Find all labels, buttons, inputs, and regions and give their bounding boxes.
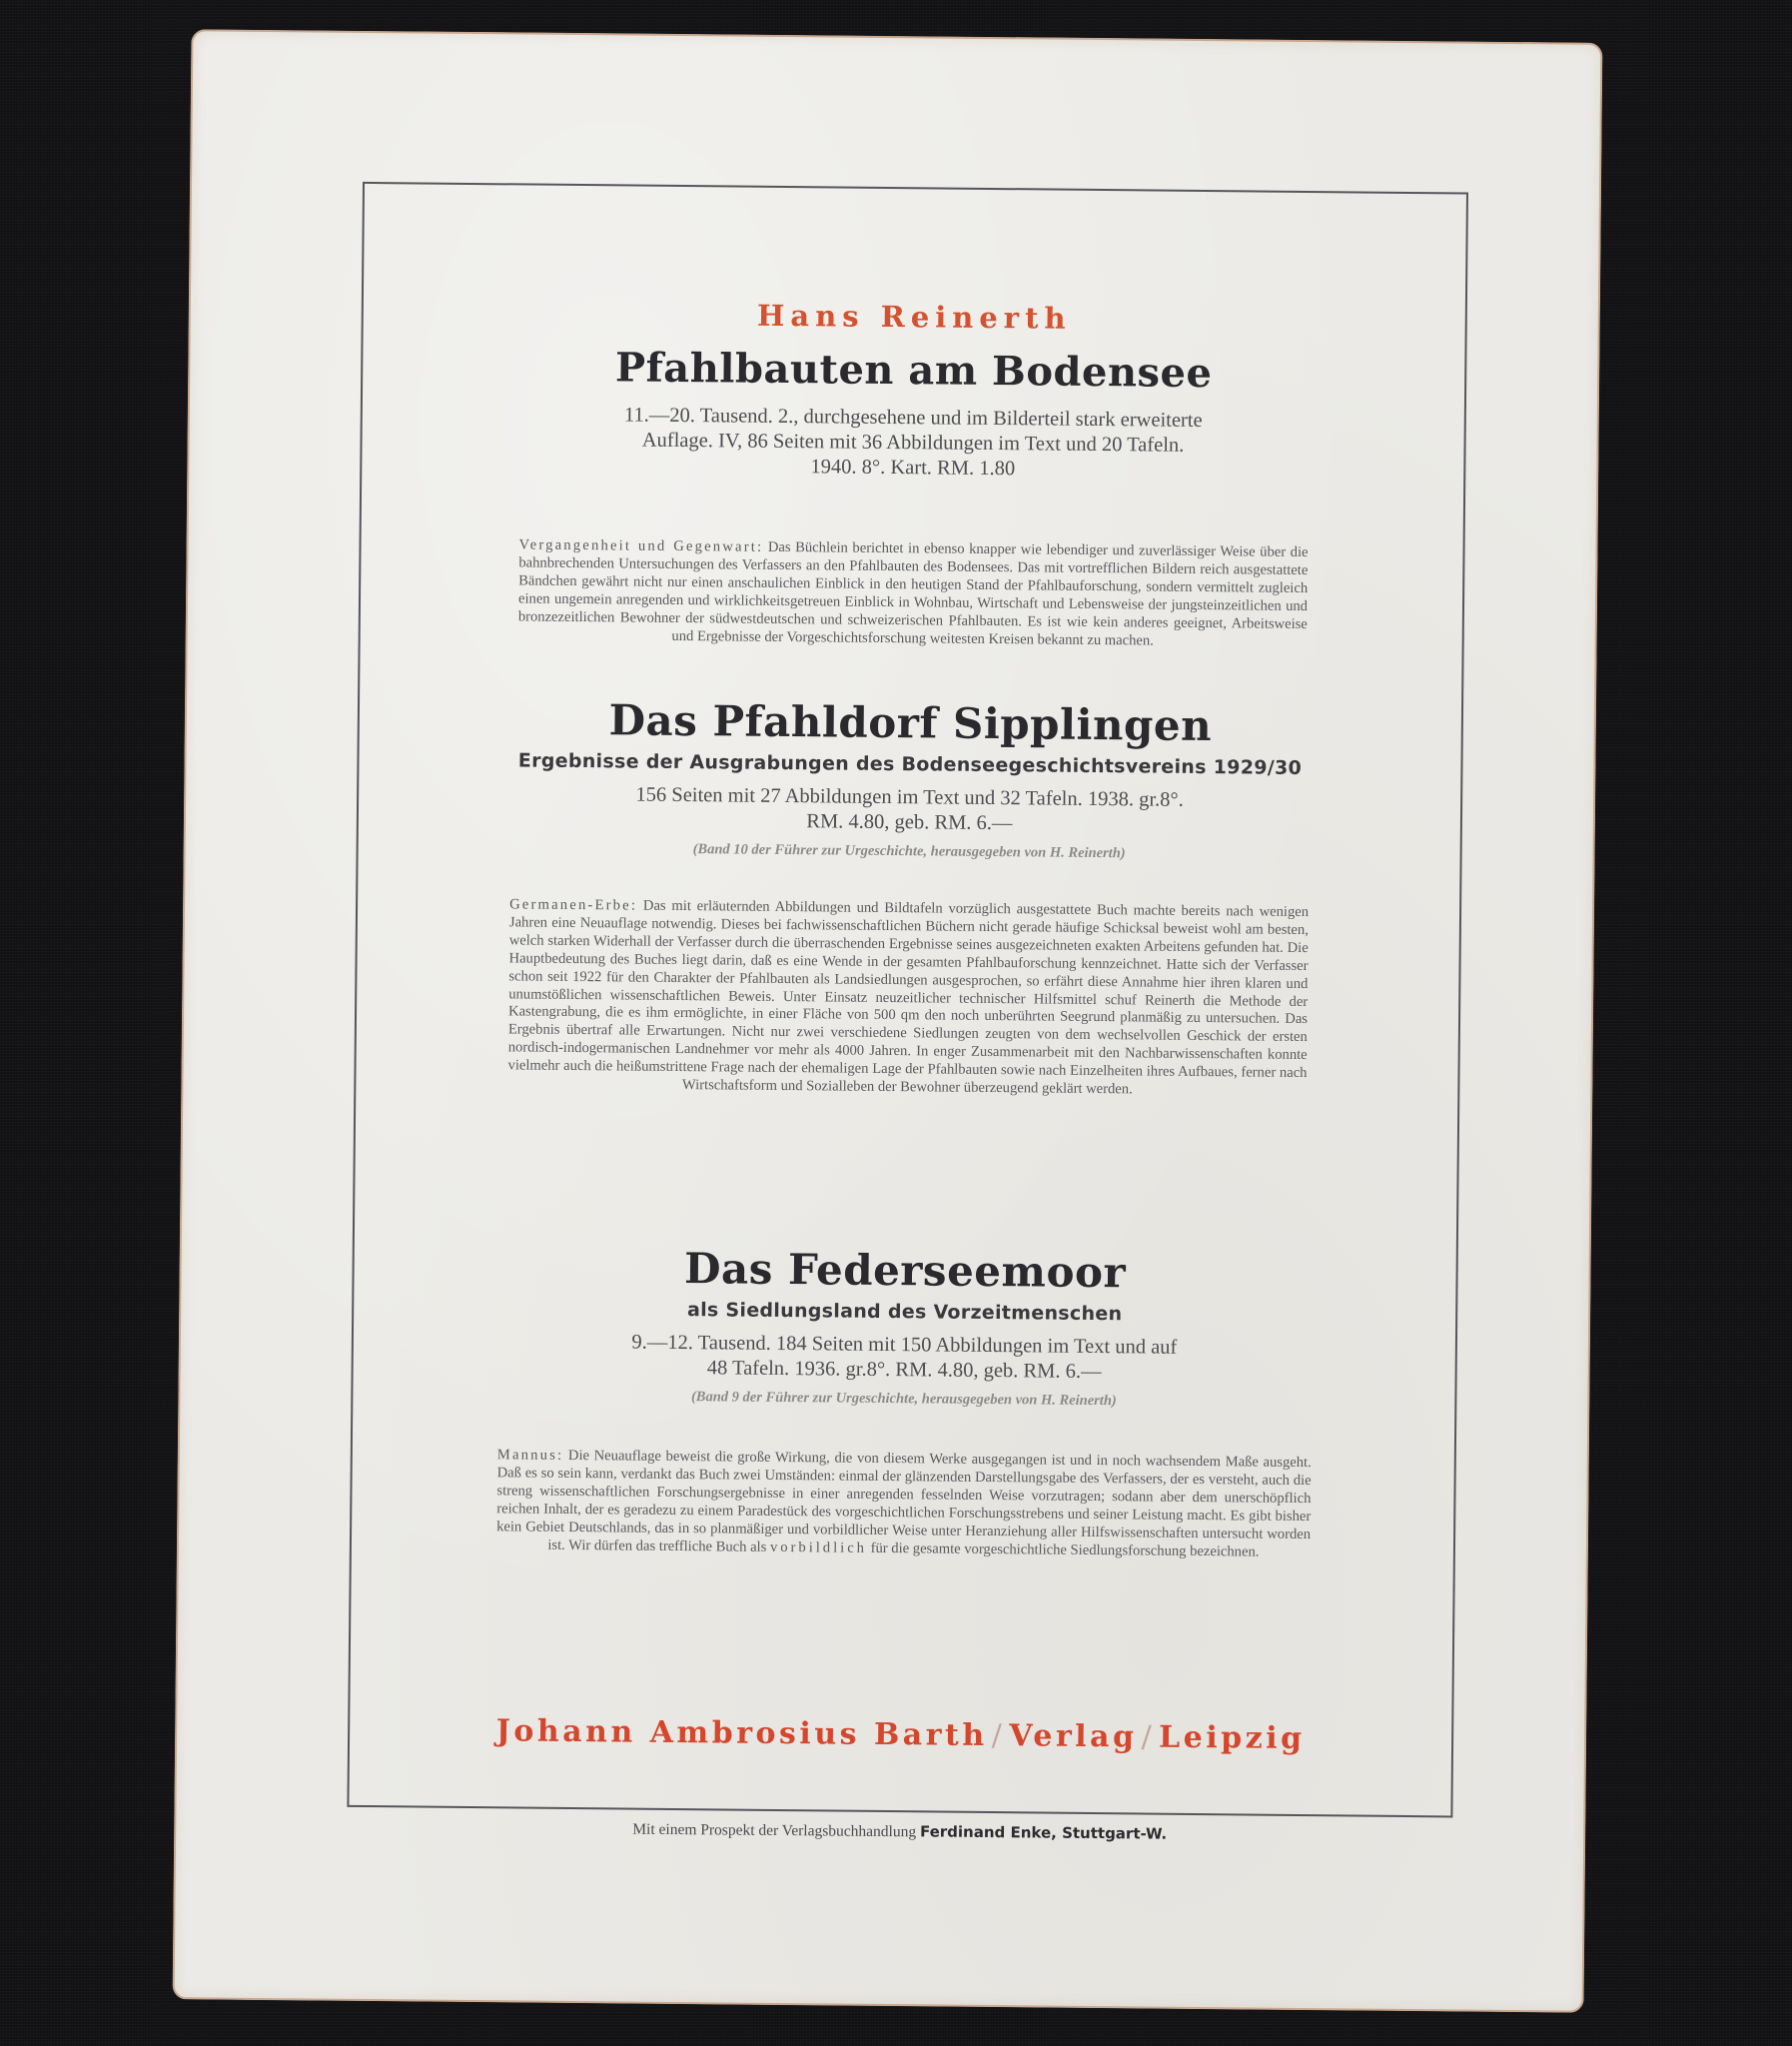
footer-prefix: Mit einem Prospekt der Verlagsbuchhandlu… bbox=[632, 1821, 916, 1841]
author-name: Hans Reinerth bbox=[364, 295, 1465, 340]
book-review: Germanen-Erbe: Das mit erläuternden Abbi… bbox=[507, 896, 1309, 1101]
series-note: (Band 9 der Führer zur Urgeschichte, her… bbox=[353, 1386, 1454, 1414]
content-frame: Hans Reinerth Pfahlbauten am Bodensee 11… bbox=[347, 182, 1468, 1818]
review-source: Vergangenheit und Gegenwart: bbox=[518, 536, 763, 554]
book-title: Das Pfahldorf Sipplingen bbox=[360, 693, 1461, 753]
review-text: Das mit erläuternden Abbildungen und Bil… bbox=[507, 898, 1309, 1098]
separator: / bbox=[1137, 1719, 1159, 1754]
book-subtitle: als Siedlungsland des Vorzeitmenschen bbox=[354, 1296, 1455, 1329]
book-review: Vergangenheit und Gegenwart: Das Büchlei… bbox=[518, 536, 1309, 651]
book-meta: 11.—20. Tausend. 2., durchgesehene und i… bbox=[362, 401, 1464, 487]
book-title: Pfahlbauten am Bodensee bbox=[363, 342, 1464, 400]
book-title: Das Federseemoor bbox=[354, 1241, 1455, 1301]
book-review: Mannus: Die Neuauflage beweist die große… bbox=[496, 1447, 1312, 1561]
separator: / bbox=[988, 1718, 1010, 1753]
footer-company: Ferdinand Enke, Stuttgart-W. bbox=[920, 1822, 1167, 1842]
review-text: für die gesamte vorgeschichtliche Siedlu… bbox=[871, 1539, 1260, 1559]
review-emphasis: vorbildlich bbox=[770, 1538, 867, 1555]
publisher-imprint: Johann Ambrosius Barth/Verlag/Leipzig bbox=[350, 1712, 1451, 1758]
publisher-city: Leipzig bbox=[1159, 1720, 1306, 1756]
book-entry-sipplingen: Das Pfahldorf Sipplingen Ergebnisse der … bbox=[359, 693, 1462, 866]
book-meta: 156 Seiten mit 27 Abbildungen im Text un… bbox=[359, 780, 1460, 841]
book-meta: 9.—12. Tausend. 184 Seiten mit 150 Abbil… bbox=[354, 1328, 1455, 1389]
book-subtitle: Ergebnisse der Ausgrabungen des Bodensee… bbox=[359, 748, 1460, 781]
publisher-name: Johann Ambrosius Barth bbox=[496, 1713, 988, 1753]
footer-note: Mit einem Prospekt der Verlagsbuchhandlu… bbox=[347, 1817, 1452, 1847]
review-source: Germanen-Erbe: bbox=[509, 896, 637, 913]
book-entry-pfahlbauten: Pfahlbauten am Bodensee 11.—20. Tausend.… bbox=[362, 342, 1464, 487]
book-back-cover: Hans Reinerth Pfahlbauten am Bodensee 11… bbox=[173, 29, 1603, 2012]
publisher-type: Verlag bbox=[1009, 1718, 1138, 1754]
book-entry-federseemoor: Das Federseemoor als Siedlungsland des V… bbox=[353, 1241, 1456, 1414]
review-source: Mannus: bbox=[497, 1447, 564, 1464]
series-note: (Band 10 der Führer zur Urgeschichte, he… bbox=[359, 838, 1460, 866]
review-text: Die Neuauflage beweist die große Wirkung… bbox=[496, 1448, 1312, 1554]
review-text: Das Büchlein berichtet in ebenso knapper… bbox=[518, 539, 1309, 648]
